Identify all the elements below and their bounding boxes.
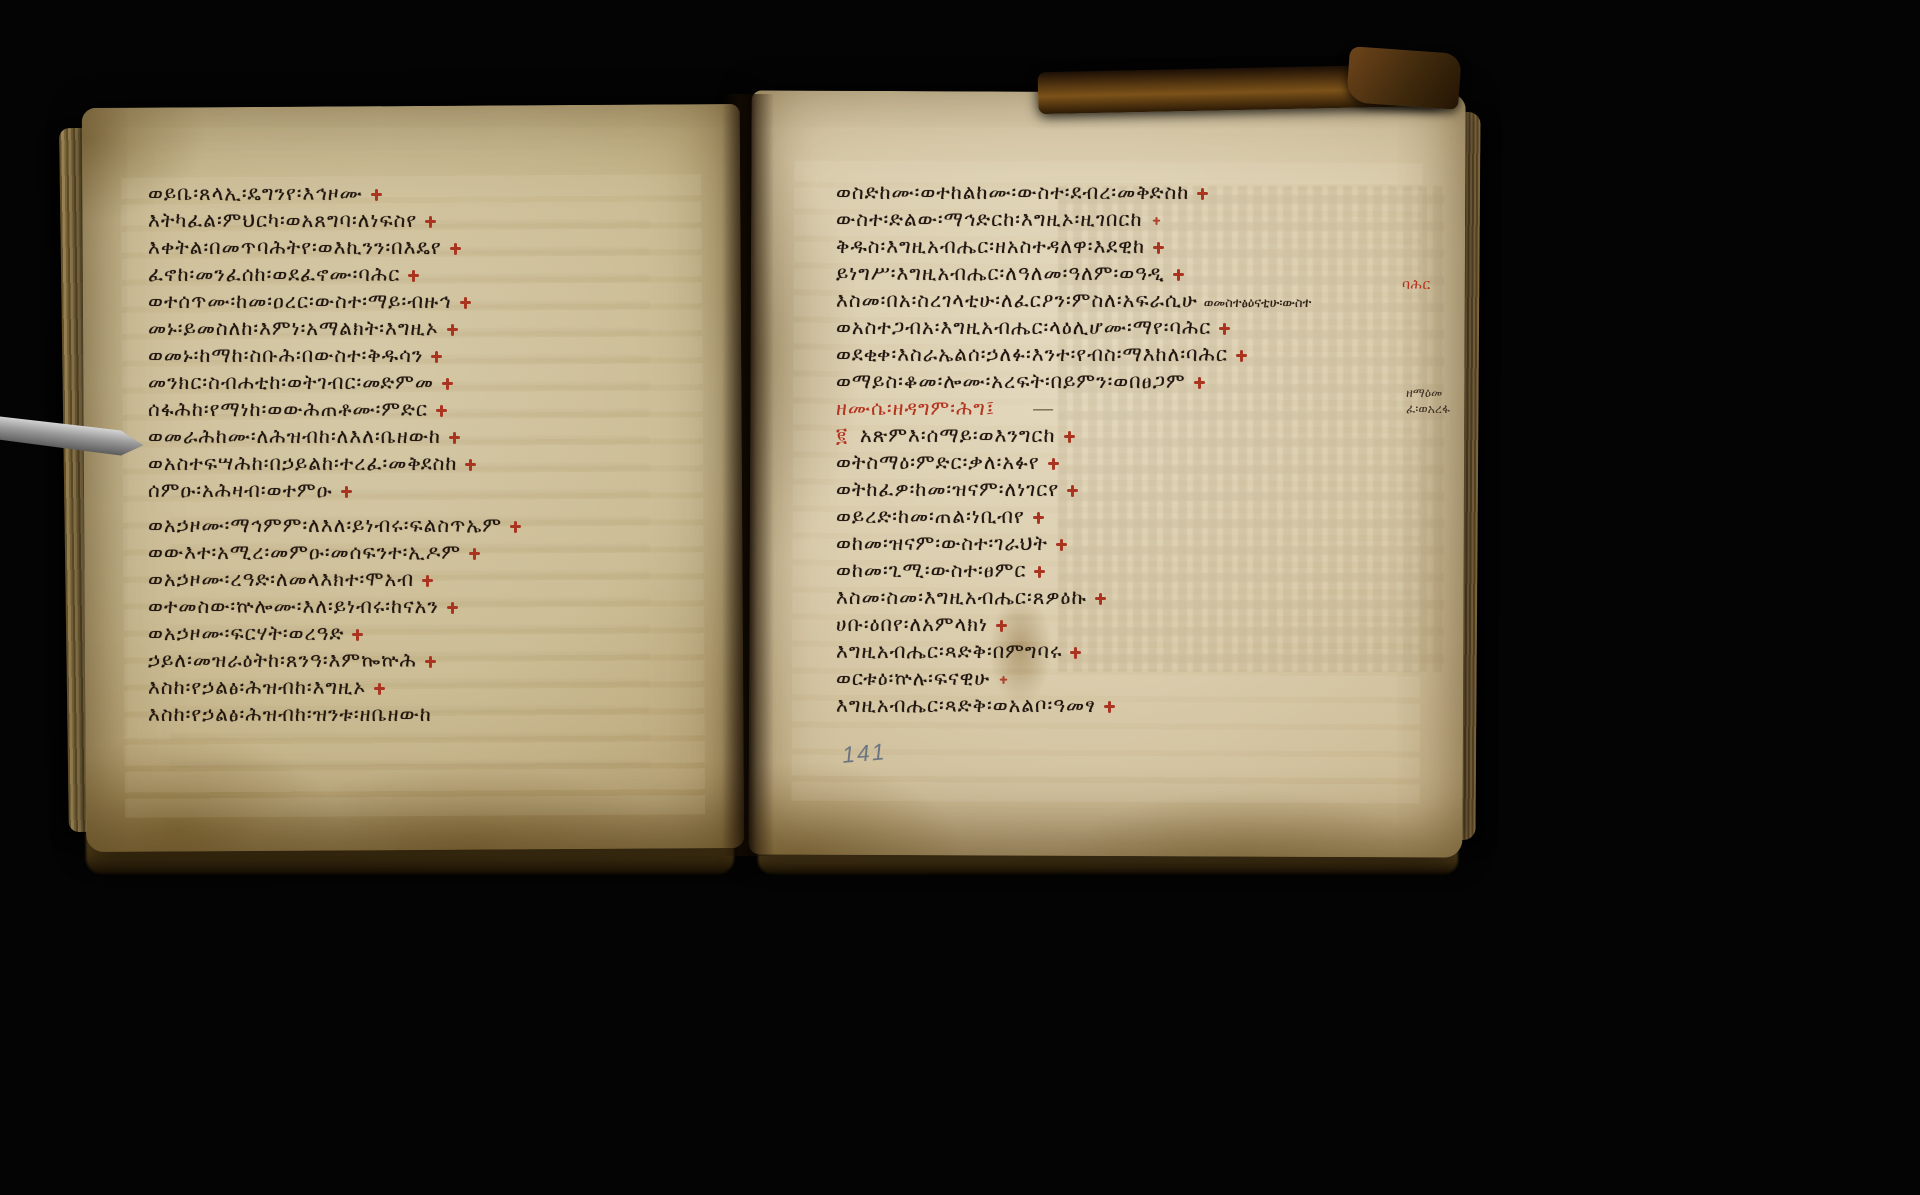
line-text: ወስድከሙ፡ወተከልከሙ፡ውስተ፡ደብረ፡መቅድስከ [836,182,1189,204]
red-cross-mark [1064,431,1075,443]
manuscript-photo: ወይቤ፡ጸላኢ፡ዴግንየ፡እኅዞሙእትካፈል፡ምህርካ፡ወአጸግባ፡ለነፍስየእ… [0,0,1920,1195]
line-text: እስመ፡ስመ፡እግዚአብሔር፡ጸዎዕኩ [836,587,1087,609]
line-text-small: ወመስተፅዕናቲሁ፡ውስተ [1204,295,1312,310]
text-line: እስመ፡በአ፡ስረገላቲሁ፡ለፈርዖን፡ምስለ፡አፍራሲሁወመስተፅዕናቲሁ፡ው… [836,288,1311,315]
red-cross-mark [1219,323,1230,335]
text-line: እትካፈል፡ምህርካ፡ወአጸግባ፡ለነፍስየ [148,208,521,235]
line-text: እስመ፡በአ፡ስረገላቲሁ፡ለፈርዖን፡ምስለ፡አፍራሲሁ [836,290,1198,312]
text-line: ወመራሕከሙ፡ለሕዝብከ፡ለእለ፡ቤዘውከ [148,424,521,451]
red-cross-mark [1152,217,1159,225]
text-line: ፈኖከ፡መንፈሰከ፡ወደፈኖሙ፡ባሕር [148,262,521,289]
line-text: ወይቤ፡ጸላኢ፡ዴግንየ፡እኅዞሙ [148,183,363,205]
red-cross-mark [341,486,352,498]
text-line: ወትከፈዎ፡ከመ፡ዝናም፡ለነገርየ [836,477,1311,504]
line-text: እቀትል፡በመጥባሕትየ፡ወእኪንን፡በእዴየ [148,237,442,259]
red-cross-mark [436,405,447,417]
red-cross-mark [460,297,471,309]
line-text: እግዚአብሔር፡ጻድቅ፡ወአልቦ፡ዓመፃ [836,695,1096,717]
line-text: ይነግሥ፡እግዚአብሔር፡ለዓለመ፡ዓለም፡ወዓዲ [836,263,1165,285]
text-line: ሰፋሕከ፡የማነከ፡ወውሕጠቶሙ፡ምድር [148,397,521,424]
text-line: ወአኃዞሙ፡ማኅምም፡ለእለ፡ይነብሩ፡ፍልስጥኤም [148,513,521,540]
margin-gloss-line: ዘማዕመ [1406,385,1450,401]
red-cross-mark [425,656,436,668]
red-cross-mark [408,270,419,282]
red-cross-mark [1034,566,1045,578]
text-line: መንክር፡ስብሐቲከ፡ወትገብር፡መድምመ [148,370,521,397]
red-cross-mark [465,459,476,471]
text-line: እስከ፡የኃልፅ፡ሕዝብከ፡ዝንቱ፡ዘቤዘውከ [148,702,521,729]
red-cross-mark [1070,647,1081,659]
red-cross-mark [374,683,385,695]
line-text: ሀቡ፡ዕበየ፡ለአምላክነ [836,614,988,636]
red-cross-mark [1056,539,1067,551]
red-cross-mark [1095,593,1106,605]
line-text: ወመኑ፡ከማከ፡ስቡሕ፡በውስተ፡ቅዱሳን [148,345,423,367]
red-cross-mark [442,378,453,390]
red-cross-mark [1048,458,1059,470]
gutter-shadow [722,94,774,856]
line-text: ወአስተፍሣሕከ፡በኃይልከ፡ተረፈ፡መቅደስከ [148,453,457,475]
text-line: ወትስማዕ፡ምድር፡ቃለ፡አፉየ [836,450,1311,477]
line-text: እስከ፡የኃልፅ፡ሕዝብከ፡እግዚኦ [148,677,366,699]
canticle-number: ፪ [836,425,848,447]
cover-corner [1346,46,1462,110]
line-text: መንክር፡ስብሐቲከ፡ወትገብር፡መድምመ [148,372,434,394]
line-text: ወትከፈዎ፡ከመ፡ዝናም፡ለነገርየ [836,479,1059,501]
line-text: ወውእተ፡አሚረ፡መምዑ፡መሰፍንተ፡ኢዶም [148,542,461,564]
margin-gloss-line: ፈ፡ወአረፋ [1406,401,1450,417]
text-line: ወተመስው፡ኵሎሙ፡እለ፡ይነብሩ፡ከናአን [148,594,521,621]
text-line: ወማይስ፡ቆመ፡ሎሙ፡አረፍት፡በይምን፡ወበፀጋም [836,369,1311,396]
text-line: ወአስተጋብአ፡እግዚአብሔር፡ላዕሊሆሙ፡ማየ፡ባሕር [836,315,1311,342]
text-line: መኑ፡ይመስለከ፡እምነ፡አማልክት፡እግዚኦ [148,316,521,343]
line-text: ወርቱዕ፡ኵሉ፡ፍናዊሁ [836,668,990,690]
text-line: ወተሰጥሙ፡ከመ፡ዐረር፡ውስተ፡ማይ፡ብዙኅ [148,289,521,316]
text-line: ቅዱስ፡እግዚአብሔር፡ዘአስተዳለዋ፡እደዊከ [836,234,1311,261]
text-line: ወርቱዕ፡ኵሉ፡ፍናዊሁ [836,666,1311,693]
line-text: ወይረድ፡ከመ፡ጠል፡ነቢብየ [836,506,1025,528]
red-cross-mark [1194,377,1205,389]
line-text: ወአኃዞሙ፡ረዓድ፡ለመላእክተ፡ሞአብ [148,569,414,591]
line-text: እትካፈል፡ምህርካ፡ወአጸግባ፡ለነፍስየ [148,210,417,232]
text-line: ውስተ፡ድልው፡ማኅድርከ፡እግዚኦ፡ዚገበርከ [836,207,1311,234]
text-line: ሀቡ፡ዕበየ፡ለአምላክነ [836,612,1311,639]
text-line: ወአኃዞሙ፡ፍርሃት፡ወረዓድ [148,621,521,648]
line-text: ቅዱስ፡እግዚአብሔር፡ዘአስተዳለዋ፡እደዊከ [836,236,1145,258]
red-cross-mark [447,602,458,614]
text-line: ፪አጽምእ፡ሰማይ፡ወእንግርከ [836,423,1311,450]
line-text: ወአኃዞሙ፡ፍርሃት፡ወረዓድ [148,623,344,645]
red-cross-mark [449,432,460,444]
pencil-page-number: 141 [841,738,888,769]
red-cross-mark [1000,676,1007,684]
red-cross-mark [425,216,436,228]
left-page-text: ወይቤ፡ጸላኢ፡ዴግንየ፡እኅዞሙእትካፈል፡ምህርካ፡ወአጸግባ፡ለነፍስየእ… [148,181,521,729]
text-line: ይነግሥ፡እግዚአብሔር፡ለዓለመ፡ዓለም፡ወዓዲ [836,261,1311,288]
red-cross-mark [510,521,521,533]
rubric-dash: — [1033,398,1054,420]
red-cross-mark [469,548,480,560]
text-line: ሰምዑ፡አሕዛብ፡ወተምዑ [148,478,521,505]
line-text: ወአስተጋብአ፡እግዚአብሔር፡ላዕሊሆሙ፡ማየ፡ባሕር [836,317,1211,339]
text-line: ወመኑ፡ከማከ፡ስቡሕ፡በውስተ፡ቅዱሳን [148,343,521,370]
text-line: እስከ፡የኃልፅ፡ሕዝብከ፡እግዚኦ [148,675,521,702]
line-text: ወመራሕከሙ፡ለሕዝብከ፡ለእለ፡ቤዘውከ [148,426,441,448]
line-text: ወትስማዕ፡ምድር፡ቃለ፡አፉየ [836,452,1040,474]
red-cross-mark [1197,188,1208,200]
right-page-text: ወስድከሙ፡ወተከልከሙ፡ውስተ፡ደብረ፡መቅድስከውስተ፡ድልው፡ማኅድርከ፡… [836,180,1311,720]
text-line: ወአኃዞሙ፡ረዓድ፡ለመላእክተ፡ሞአብ [148,567,521,594]
red-cross-mark [1033,512,1044,524]
line-text: መኑ፡ይመስለከ፡እምነ፡አማልክት፡እግዚኦ [148,318,439,340]
text-line: ወከመ፡ዝናም፡ውስተ፡ገራህት [836,531,1311,558]
text-line: ወደቂቀ፡እስራኤልሰ፡ኃለፉ፡እንተ፡የብስ፡ማእከለ፡ባሕር [836,342,1311,369]
text-line: ወአስተፍሣሕከ፡በኃይልከ፡ተረፈ፡መቅደስከ [148,451,521,478]
red-cross-mark [1173,269,1184,281]
line-text: ወተሰጥሙ፡ከመ፡ዐረር፡ውስተ፡ማይ፡ብዙኅ [148,291,452,313]
text-line: ወውእተ፡አሚረ፡መምዑ፡መሰፍንተ፡ኢዶም [148,540,521,567]
line-text: ወአኃዞሙ፡ማኅምም፡ለእለ፡ይነብሩ፡ፍልስጥኤም [148,515,502,537]
line-text: ወተመስው፡ኵሎሙ፡እለ፡ይነብሩ፡ከናአን [148,596,439,618]
rubric-line: ዘሙሴ፡ዘዳግም፡ሕግ፤— [836,396,1311,423]
line-text: ወደቂቀ፡እስራኤልሰ፡ኃለፉ፡እንተ፡የብስ፡ማእከለ፡ባሕር [836,344,1228,366]
line-text: ውስተ፡ድልው፡ማኅድርከ፡እግዚኦ፡ዚገበርከ [836,209,1143,231]
line-text: ወከመ፡ጊሚ፡ውስተ፡ፀምር [836,560,1026,582]
text-line: እግዚአብሔር፡ጻድቅ፡ወአልቦ፡ዓመፃ [836,693,1311,720]
text-line: ወስድከሙ፡ወተከልከሙ፡ውስተ፡ደብረ፡መቅድስከ [836,180,1311,207]
line-text: ፈኖከ፡መንፈሰከ፡ወደፈኖሙ፡ባሕር [148,264,400,286]
text-line: ኃይለ፡መዝራዕትከ፡ጸንዓ፡እምኰኵሕ [148,648,521,675]
red-cross-mark [450,243,461,255]
red-cross-mark [1067,485,1078,497]
line-text: ሰምዑ፡አሕዛብ፡ወተምዑ [148,480,333,502]
line-text: ዘሙሴ፡ዘዳግም፡ሕግ፤ [836,398,995,420]
red-cross-mark [996,620,1007,632]
margin-gloss: ዘማዕመ ፈ፡ወአረፋ [1406,385,1450,417]
text-line: ወይቤ፡ጸላኢ፡ዴግንየ፡እኅዞሙ [148,181,521,208]
line-text: ኃይለ፡መዝራዕትከ፡ጸንዓ፡እምኰኵሕ [148,650,417,672]
red-cross-mark [447,324,458,336]
margin-note-red: ባሕር [1402,276,1431,293]
text-line: እቀትል፡በመጥባሕትየ፡ወእኪንን፡በእዴየ [148,235,521,262]
red-cross-mark [1236,350,1247,362]
line-text: እግዚአብሔር፡ጻድቅ፡በምግባሩ [836,641,1062,663]
text-line: እስመ፡ስመ፡እግዚአብሔር፡ጸዎዕኩ [836,585,1311,612]
text-line: እግዚአብሔር፡ጻድቅ፡በምግባሩ [836,639,1311,666]
red-cross-mark [422,575,433,587]
text-line: ወከመ፡ጊሚ፡ውስተ፡ፀምር [836,558,1311,585]
line-text: ወማይስ፡ቆመ፡ሎሙ፡አረፍት፡በይምን፡ወበፀጋም [836,371,1186,393]
text-line: ወይረድ፡ከመ፡ጠል፡ነቢብየ [836,504,1311,531]
red-cross-mark [1153,242,1164,254]
line-text: ወከመ፡ዝናም፡ውስተ፡ገራህት [836,533,1048,555]
line-text: አጽምእ፡ሰማይ፡ወእንግርከ [860,425,1056,447]
red-cross-mark [371,189,382,201]
line-text: ሰፋሕከ፡የማነከ፡ወውሕጠቶሙ፡ምድር [148,399,428,421]
line-text: እስከ፡የኃልፅ፡ሕዝብከ፡ዝንቱ፡ዘቤዘውከ [148,704,432,726]
red-cross-mark [352,629,363,641]
red-cross-mark [1104,701,1115,713]
red-cross-mark [431,351,442,363]
